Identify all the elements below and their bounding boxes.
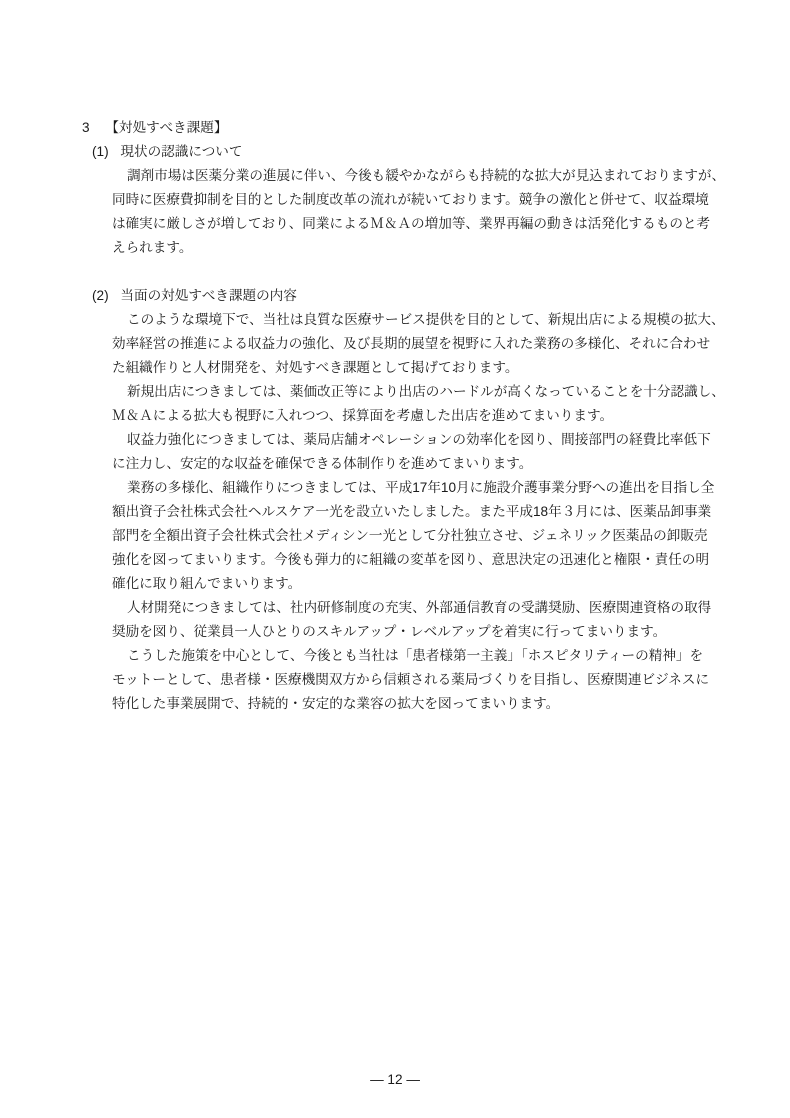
- paragraph-line: 奨励を図り、従業員一人ひとりのスキルアップ・レベルアップを着実に行ってまいります…: [112, 620, 790, 644]
- subsection-1-title: 現状の認識について: [120, 140, 242, 164]
- paragraph-line: 業務の多様化、組織作りにつきましては、平成17年10月に施設介護事業分野への進出…: [112, 476, 790, 500]
- paragraph-line: 人材開発につきましては、社内研修制度の充実、外部通信教育の受講奨励、医療関連資格…: [112, 596, 790, 620]
- paragraph-line: えられます。: [112, 236, 790, 260]
- section-title: 【対処すべき課題】: [105, 116, 227, 140]
- subsection-2-title: 当面の対処すべき課題の内容: [120, 284, 296, 308]
- subsection-1-label: (1): [92, 140, 109, 164]
- page-number: ― 12 ―: [370, 1072, 420, 1087]
- paragraph-line: は確実に厳しさが増しており、同業によるＭ＆Ａの増加等、業界再編の動きは活発化する…: [112, 212, 790, 236]
- subsection-2-heading: (2) 当面の対処すべき課題の内容: [92, 284, 790, 308]
- paragraph-line: 確化に取り組んでまいります。: [112, 572, 790, 596]
- paragraph-line: に注力し、安定的な収益を確保できる体制作りを進めてまいります。: [112, 452, 790, 476]
- paragraph-line: た組織作りと人材開発を、対処すべき課題として掲げております。: [112, 356, 790, 380]
- paragraph-line: このような環境下で、当社は良質な医療サービス提供を目的として、新規出店による規模…: [112, 308, 790, 332]
- document-page: 3 【対処すべき課題】 (1) 現状の認識について 調剤市場は医薬分業の進展に伴…: [0, 0, 790, 1118]
- paragraph-line: Ｍ＆Ａによる拡大も視野に入れつつ、採算面を考慮した出店を進めてまいります。: [112, 404, 790, 428]
- paragraph-line: 収益力強化につきましては、薬局店舗オペレーションの効率化を図り、間接部門の経費比…: [112, 428, 790, 452]
- section-heading: 3 【対処すべき課題】: [82, 116, 790, 140]
- blank-line: [0, 260, 790, 284]
- paragraph-line: 特化した事業展開で、持続的・安定的な業容の拡大を図ってまいります。: [112, 692, 790, 716]
- paragraph-line: 効率経営の推進による収益力の強化、及び長期的展望を視野に入れた業務の多様化、それ…: [112, 332, 790, 356]
- paragraph-line: こうした施策を中心として、今後とも当社は「患者様第一主義」「ホスピタリティーの精…: [112, 644, 790, 668]
- paragraph-line: 同時に医療費抑制を目的とした制度改革の流れが続いております。競争の激化と併せて、…: [112, 188, 790, 212]
- section-number: 3: [82, 116, 90, 140]
- document-body: 3 【対処すべき課題】 (1) 現状の認識について 調剤市場は医薬分業の進展に伴…: [0, 116, 790, 716]
- paragraph-line: 強化を図ってまいります。今後も弾力的に組織の変革を図り、意思決定の迅速化と権限・…: [112, 548, 790, 572]
- subsection-2-label: (2): [92, 284, 109, 308]
- subsection-1-heading: (1) 現状の認識について: [92, 140, 790, 164]
- paragraph-line: 額出資子会社株式会社ヘルスケア一光を設立いたしました。また平成18年３月には、医…: [112, 500, 790, 524]
- page-footer: ― 12 ―: [0, 1068, 790, 1092]
- paragraph-line: 調剤市場は医薬分業の進展に伴い、今後も緩やかながらも持続的な拡大が見込まれており…: [112, 164, 790, 188]
- paragraph-line: 新規出店につきましては、薬価改正等により出店のハードルが高くなっていることを十分…: [112, 380, 790, 404]
- paragraph-line: 部門を全額出資子会社株式会社メディシン一光として分社独立させ、ジェネリック医薬品…: [112, 524, 790, 548]
- paragraph-line: モットーとして、患者様・医療機関双方から信頼される薬局づくりを目指し、医療関連ビ…: [112, 668, 790, 692]
